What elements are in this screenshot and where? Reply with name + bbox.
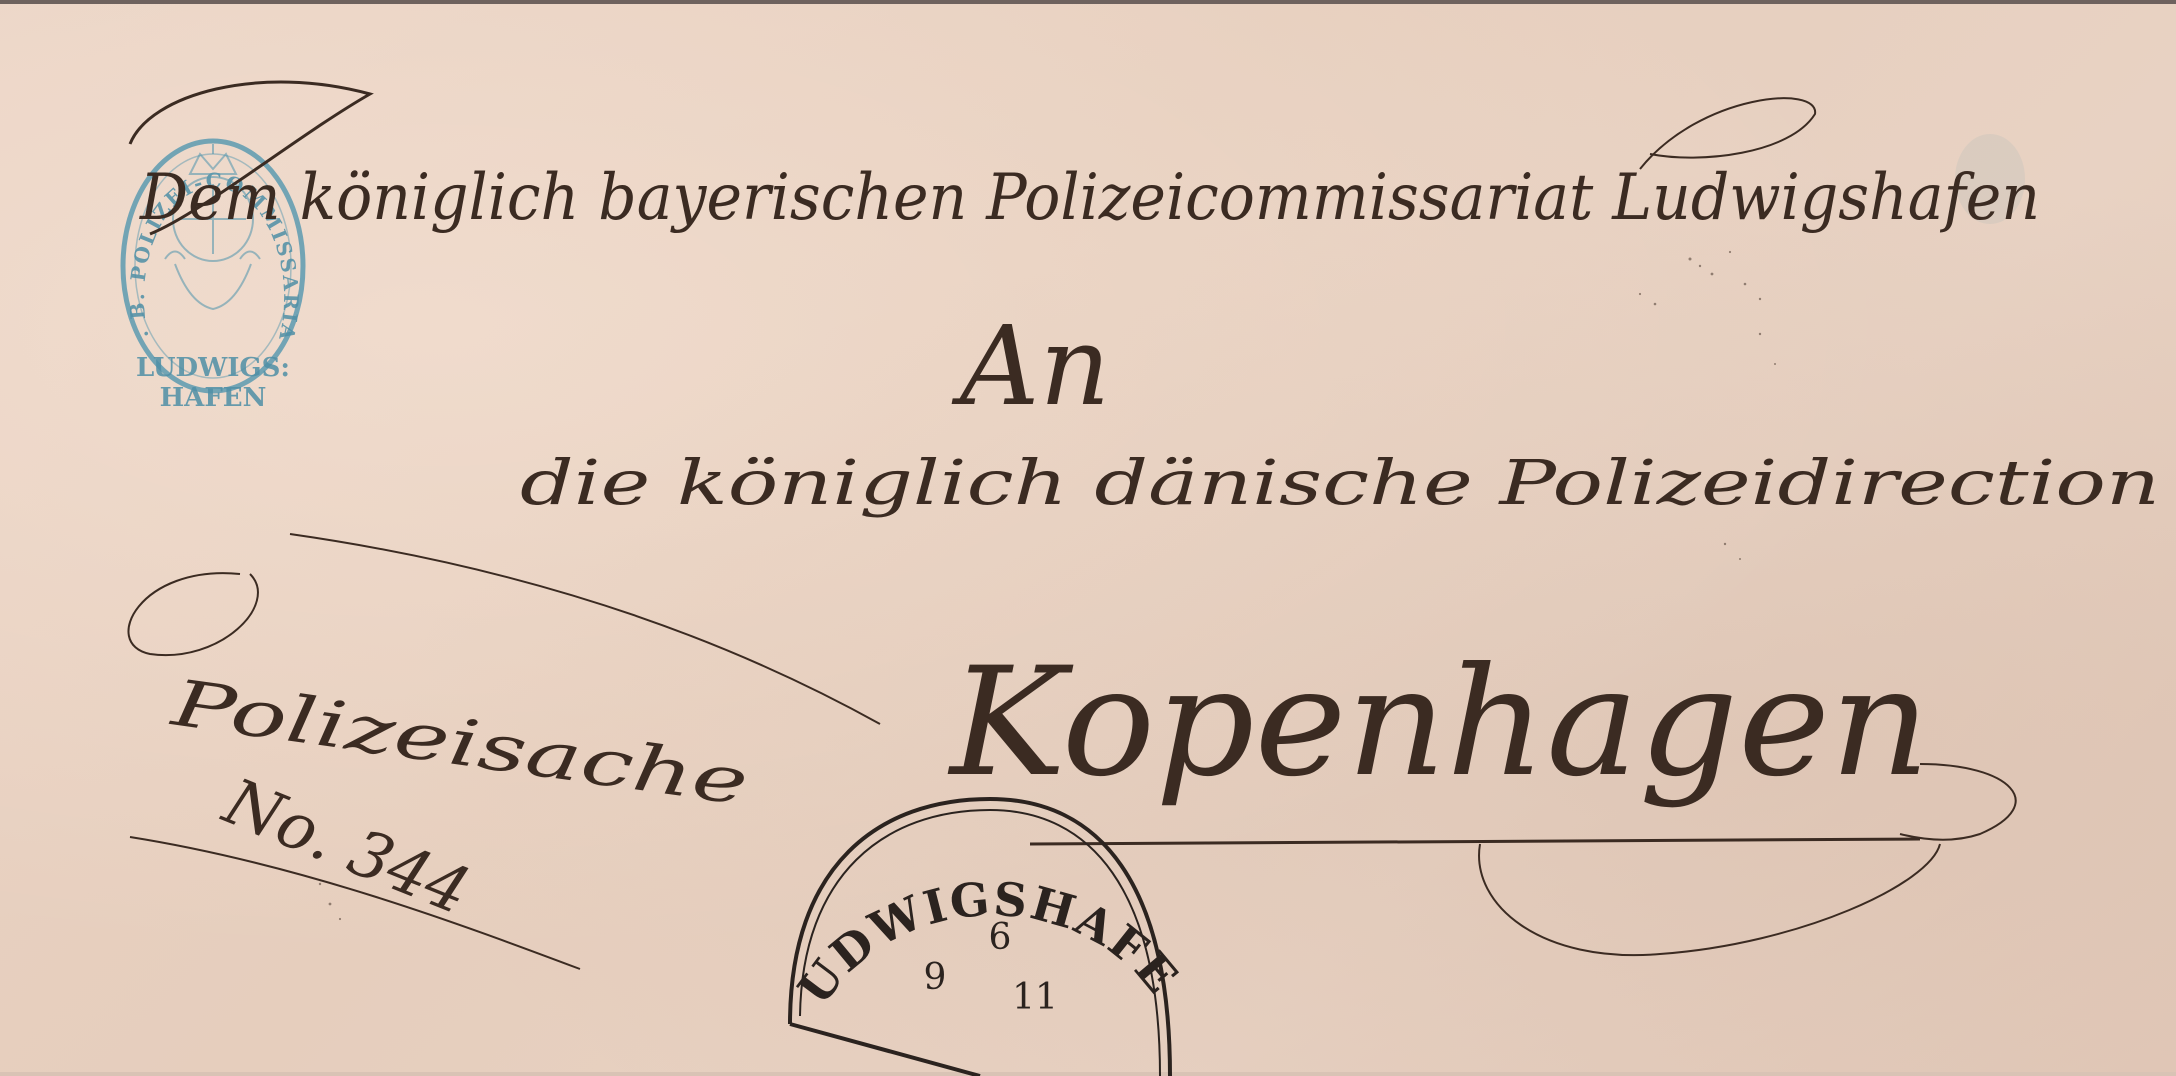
- ludwigshafen-flourish: [1640, 98, 1815, 169]
- address-line-1: Dem königlich bayerischen Polizeicommiss…: [139, 161, 2040, 235]
- postmark-hour: 11: [1012, 977, 1058, 1018]
- address-line-2: An: [951, 302, 1110, 430]
- city-flourish-loop: [1479, 844, 1940, 955]
- annotation-number: No. 344: [212, 764, 479, 929]
- address-city: Kopenhagen: [947, 636, 1930, 810]
- seal-center-line-1: LUDWIGS:: [136, 353, 290, 383]
- postmark-month: 9: [924, 957, 947, 998]
- envelope-markings: K. B. POLIZEI-COMMISSARIAT LUDWIGS: HAFE…: [0, 4, 2176, 1072]
- postmark-day: 6: [989, 917, 1012, 958]
- envelope: K. B. POLIZEI-COMMISSARIAT LUDWIGS: HAFE…: [0, 0, 2176, 1072]
- annotation-block: Polizeisache No. 344: [128, 534, 880, 969]
- address-line-3: die königlich dänische Polizeidirection: [520, 446, 2160, 519]
- annotation-flourish: [128, 573, 257, 655]
- city-underline: [1030, 839, 1920, 844]
- seal-center-line-2: HAFEN: [160, 383, 267, 413]
